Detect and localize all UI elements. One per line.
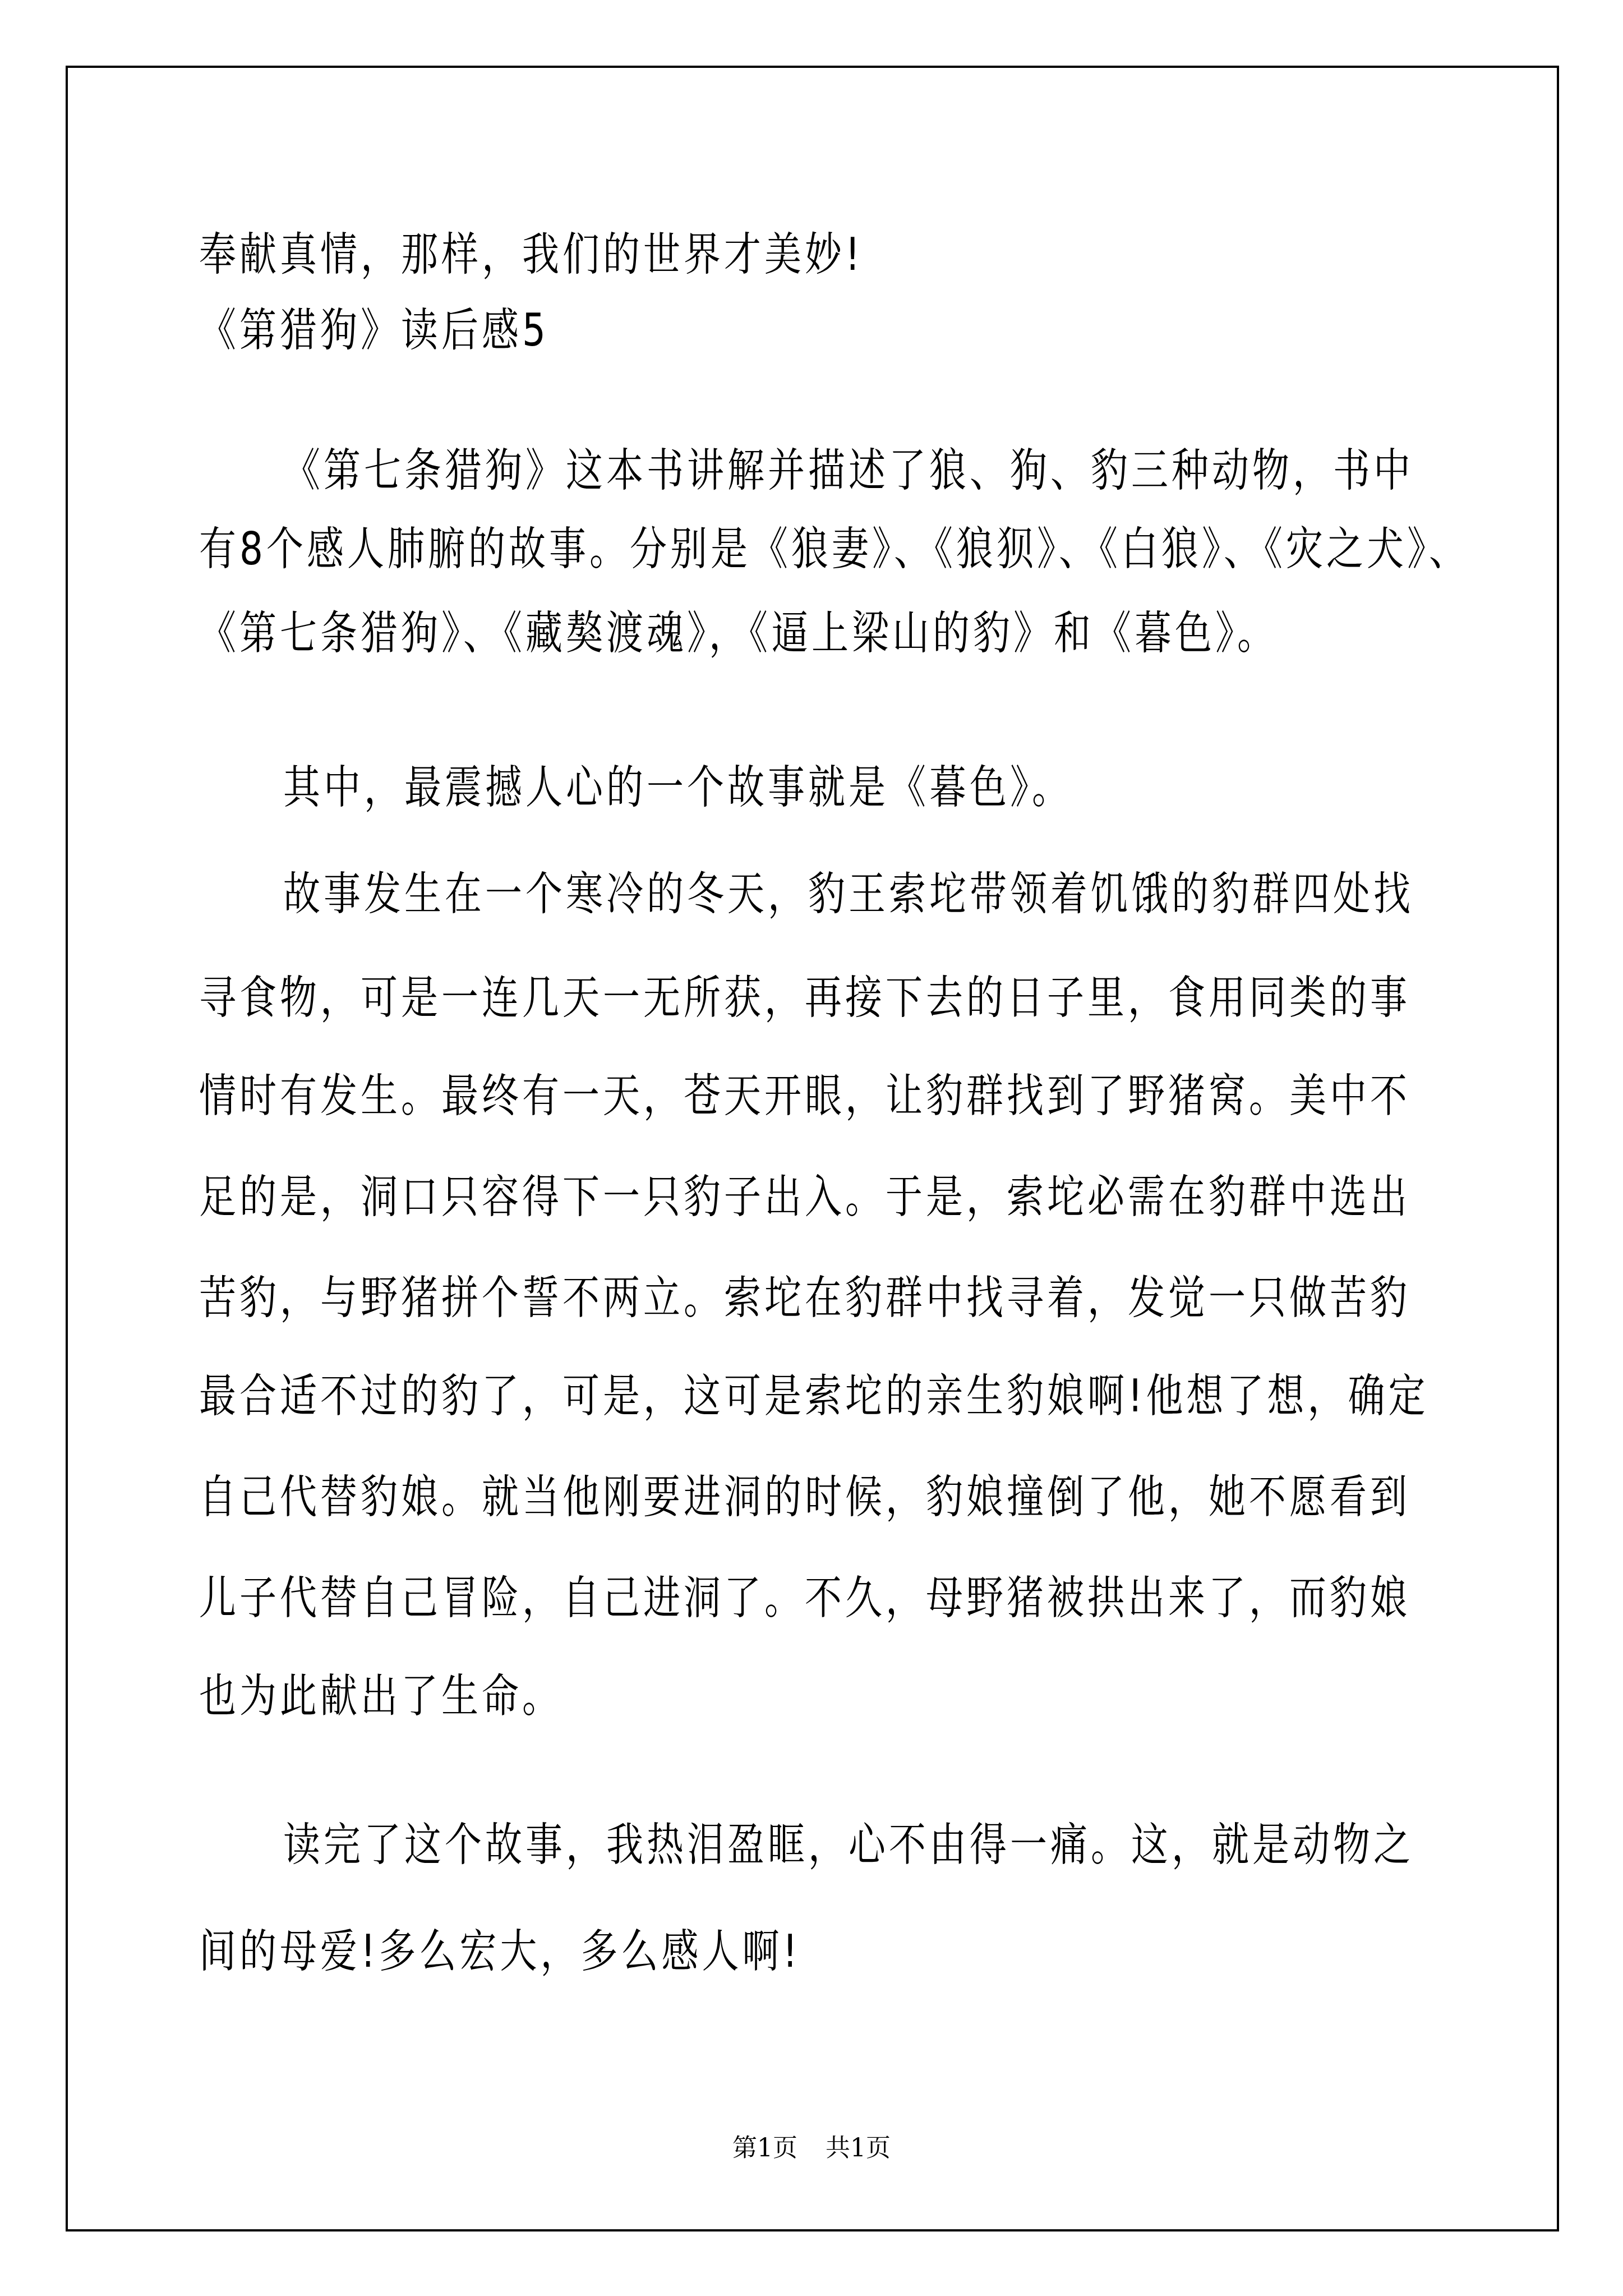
text-line: 寻食物，可是一连几天一无所获，再接下去的日子里，食用同类的事 bbox=[199, 970, 1410, 1025]
page-number-total: 共1页 bbox=[826, 2132, 891, 2165]
text-line: 最合适不过的豹了，可是，这可是索坨的亲生豹娘啊!他想了想，确定 bbox=[199, 1369, 1428, 1424]
text-line: 奉献真情，那样，我们的世界才美妙! bbox=[199, 227, 863, 282]
text-line: 《第七条猎狗》、《藏獒渡魂》，《逼上梁山的豹》和《暮色》。 bbox=[199, 606, 1278, 661]
page-border bbox=[66, 66, 1559, 2231]
page-number-current: 第1页 bbox=[732, 2132, 797, 2165]
text-line: 儿子代替自己冒险，自己进洞了。不久，母野猪被拱出来了，而豹娘 bbox=[199, 1571, 1410, 1626]
text-line: 苦豹，与野猪拼个誓不两立。索坨在豹群中找寻着，发觉一只做苦豹 bbox=[199, 1271, 1410, 1326]
section-title: 《第猎狗》读后感5 bbox=[199, 303, 549, 358]
text-line: 读完了这个故事，我热泪盈眶，心不由得一痛。这，就是动物之 bbox=[283, 1818, 1414, 1872]
page-footer: 第1页共1页 bbox=[0, 2132, 1623, 2165]
text-line: 故事发生在一个寒冷的冬天，豹王索坨带领着饥饿的豹群四处找 bbox=[283, 867, 1414, 922]
text-line: 有8个感人肺腑的故事。分别是《狼妻》、《狼狈》、《白狼》、《灾之犬》、 bbox=[199, 522, 1469, 577]
text-line: 足的是，洞口只容得下一只豹子出入。于是，索坨必需在豹群中选出 bbox=[199, 1170, 1410, 1225]
text-line: 情时有发生。最终有一天，苍天开眼，让豹群找到了野猪窝。美中不 bbox=[199, 1069, 1410, 1124]
text-line: 间的母爱!多么宏大，多么感人啊! bbox=[199, 1924, 801, 1979]
text-line: 《第七条猎狗》这本书讲解并描述了狼、狗、豹三种动物，书中 bbox=[283, 443, 1414, 498]
text-line: 自己代替豹娘。就当他刚要进洞的时候，豹娘撞倒了他，她不愿看到 bbox=[199, 1470, 1410, 1525]
text-line: 也为此献出了生命。 bbox=[199, 1669, 562, 1724]
text-line: 其中，最震撼人心的一个故事就是《暮色》。 bbox=[283, 760, 1072, 815]
